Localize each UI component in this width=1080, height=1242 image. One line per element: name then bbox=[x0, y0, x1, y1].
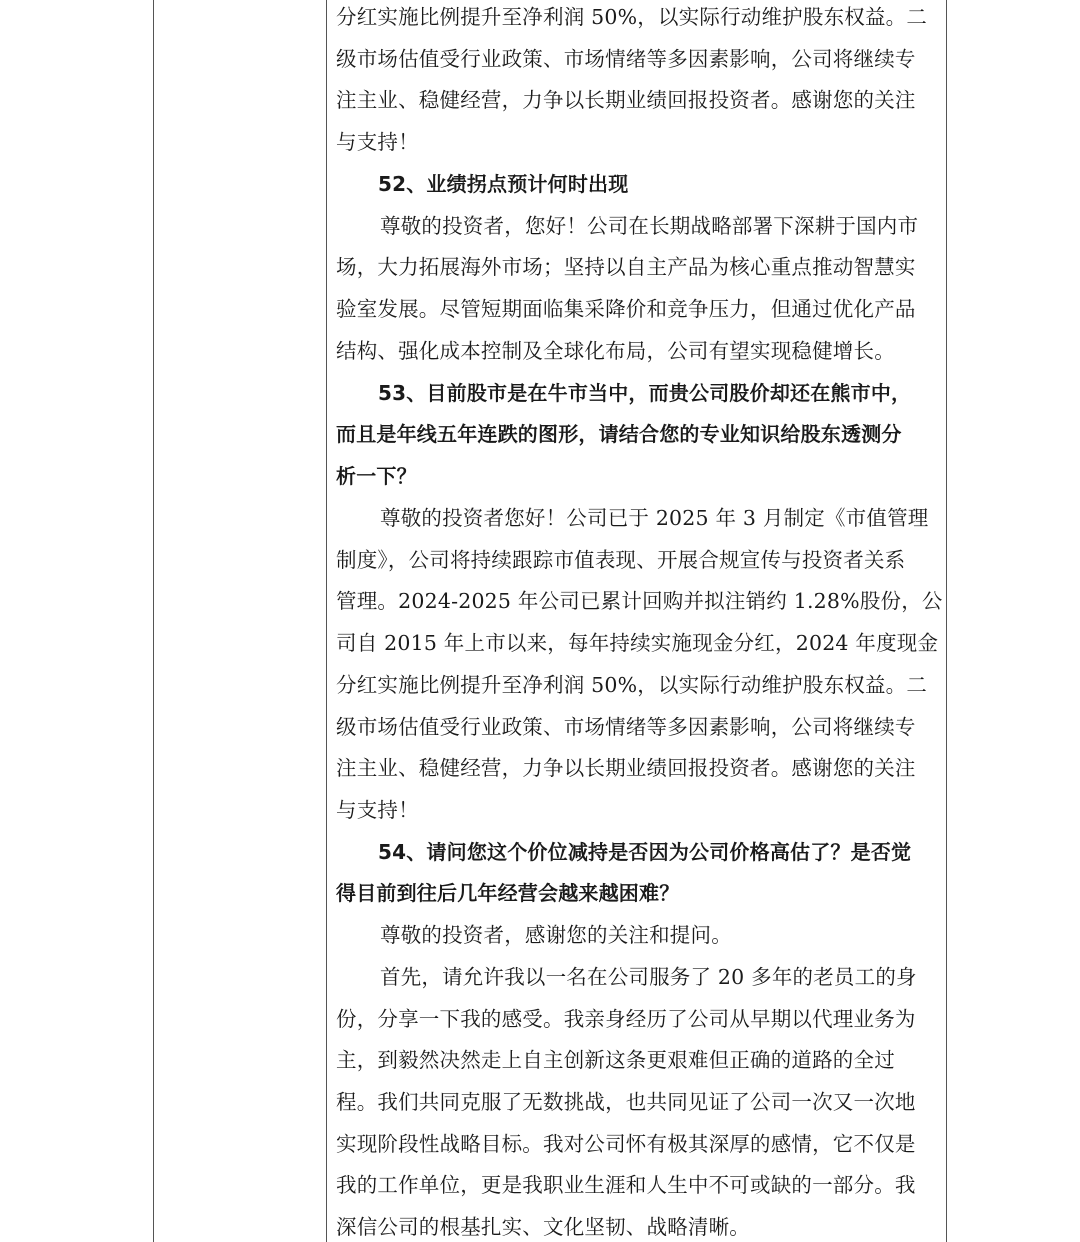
answer-line: 级市场估值受行业政策、市场情绪等多因素影响，公司将继续专 bbox=[336, 706, 938, 748]
answer-line: 制度》，公司将持续跟踪市值表现、开展合规宣传与投资者关系 bbox=[336, 539, 938, 581]
answer-line: 主，到毅然决然走上自主创新这条更艰难但正确的道路的全过 bbox=[336, 1039, 938, 1081]
question-53-line: 而且是年线五年连跌的图形，请结合您的专业知识给股东透测分 bbox=[336, 413, 938, 455]
answer-line: 场，大力拓展海外市场；坚持以自主产品为核心重点推动智慧实 bbox=[336, 246, 938, 288]
question-52-line: 52、业绩拐点预计何时出现 bbox=[336, 163, 938, 205]
answer-line: 尊敬的投资者，您好！公司在长期战略部署下深耕于国内市 bbox=[336, 205, 938, 247]
answer-line: 结构、强化成本控制及全球化布局，公司有望实现稳健增长。 bbox=[336, 330, 938, 372]
answer-line: 司自 2015 年上市以来，每年持续实施现金分红，2024 年度现金 bbox=[336, 622, 938, 664]
answer-line: 验室发展。尽管短期面临集采降价和竞争压力，但通过优化产品 bbox=[336, 288, 938, 330]
answer-line: 管理。2024-2025 年公司已累计回购并拟注销约 1.28%股份，公 bbox=[336, 580, 938, 622]
answer-line: 注主业、稳健经营，力争以长期业绩回报投资者。感谢您的关注 bbox=[336, 747, 938, 789]
table-border-middle bbox=[326, 0, 327, 1242]
table-border-left bbox=[153, 0, 154, 1242]
question-53-line: 53、目前股市是在牛市当中，而贵公司股价却还在熊市中， bbox=[336, 372, 938, 414]
answer-line: 与支持！ bbox=[336, 121, 938, 163]
answer-line: 级市场估值受行业政策、市场情绪等多因素影响，公司将继续专 bbox=[336, 38, 938, 80]
question-54-line: 得目前到往后几年经营会越来越困难？ bbox=[336, 872, 938, 914]
answer-line: 尊敬的投资者您好！公司已于 2025 年 3 月制定《市值管理 bbox=[336, 497, 938, 539]
answer-line: 程。我们共同克服了无数挑战，也共同见证了公司一次又一次地 bbox=[336, 1081, 938, 1123]
answer-line: 分红实施比例提升至净利润 50%，以实际行动维护股东权益。二 bbox=[336, 0, 938, 38]
question-53-line: 析一下？ bbox=[336, 455, 938, 497]
answer-line: 分红实施比例提升至净利润 50%，以实际行动维护股东权益。二 bbox=[336, 664, 938, 706]
answer-line: 首先，请允许我以一名在公司服务了 20 多年的老员工的身 bbox=[336, 956, 938, 998]
table-border-right bbox=[946, 0, 947, 1242]
answer-line: 深信公司的根基扎实、文化坚韧、战略清晰。 bbox=[336, 1206, 938, 1242]
answer-line: 与支持！ bbox=[336, 789, 938, 831]
answer-line: 我的工作单位，更是我职业生涯和人生中不可或缺的一部分。我 bbox=[336, 1164, 938, 1206]
question-54-line: 54、请问您这个价位减持是否因为公司价格高估了？是否觉 bbox=[336, 831, 938, 873]
answer-line: 注主业、稳健经营，力争以长期业绩回报投资者。感谢您的关注 bbox=[336, 79, 938, 121]
answer-line: 尊敬的投资者，感谢您的关注和提问。 bbox=[336, 914, 938, 956]
answer-line: 份，分享一下我的感受。我亲身经历了公司从早期以代理业务为 bbox=[336, 998, 938, 1040]
answer-line: 实现阶段性战略目标。我对公司怀有极其深厚的感情，它不仅是 bbox=[336, 1123, 938, 1165]
